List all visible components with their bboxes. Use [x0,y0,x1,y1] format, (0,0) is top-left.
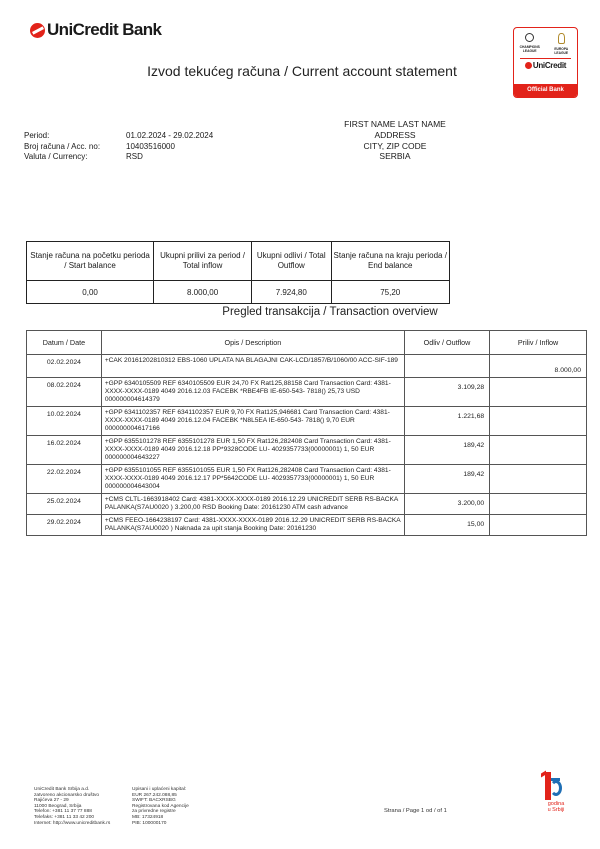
account-row-currency: Valuta / Currency: RSD [24,152,213,163]
transaction-outflow: 3.200,00 [404,494,489,515]
anniversary-text: godina u Srbiji [542,801,570,813]
start-balance-header: Stanje računa na početku perioda / Start… [27,242,154,281]
period-value: 01.02.2024 - 29.02.2024 [126,131,213,142]
end-balance-value: 75,20 [331,281,450,304]
transaction-date: 22.02.2024 [27,465,102,494]
badge-divider [520,58,571,59]
footer-capital-label: Upisani i uplaćeni kapital: [132,787,189,793]
digit-five-icon [550,780,562,796]
transaction-description: +GPP 6355101055 REF 6355101055 EUR 1,50 … [101,465,404,494]
col-outflow: Odliv / Outflow [404,331,489,355]
transaction-inflow [490,494,587,515]
account-row-period: Period: 01.02.2024 - 29.02.2024 [24,131,213,142]
page-number: Strana / Page 1 od / of 1 [384,808,447,814]
total-inflow-header: Ukupni prilivi za period / Total inflow [154,242,252,281]
balance-summary-table: Stanje računa na početku perioda / Start… [26,241,450,304]
transaction-row: 16.02.2024+GPP 6355101278 REF 6355101278… [27,436,587,465]
transaction-outflow: 189,42 [404,465,489,494]
footer-company-info: UniCredit Bank Srbija a.d. zatvoreno akc… [34,787,110,826]
overview-title-wrap: Pregled transakcija / Transaction overvi… [0,306,600,318]
transaction-outflow: 3.109,28 [404,378,489,407]
total-outflow-value: 7.924,80 [252,281,331,304]
recipient-city: CITY, ZIP CODE [320,141,470,152]
col-date: Datum / Date [27,331,102,355]
statement-title-wrap: Izvod tekućeg računa / Current account s… [0,63,600,79]
transaction-outflow: 1.221,68 [404,407,489,436]
total-outflow-header: Ukupni odlivi / Total Outflow [252,242,331,281]
recipient-name: FIRST NAME LAST NAME [320,119,470,130]
transaction-row: 02.02.2024+CAK 20161202810312 EBS-1060 U… [27,355,587,378]
period-label: Period: [24,131,126,142]
transaction-row: 29.02.2024+CMS FEEO-1664238197 Card: 438… [27,515,587,536]
footer-pib: PIB: 100000170 [132,821,189,827]
transaction-description: +GPP 6341102357 REF 6341102357 EUR 9,70 … [101,407,404,436]
transaction-row: 25.02.2024+CMS CLTL-1663918402 Card: 438… [27,494,587,515]
end-balance-header: Stanje računa na kraju perioda / End bal… [331,242,450,281]
transaction-date: 08.02.2024 [27,378,102,407]
europa-league-trophy-icon [558,33,565,44]
account-number-value: 10403516000 [126,142,175,153]
transaction-date: 02.02.2024 [27,355,102,378]
overview-title: Pregled transakcija / Transaction overvi… [222,306,437,318]
transaction-description: +CMS FEEO-1664238197 Card: 4381-XXXX-XXX… [101,515,404,536]
start-balance-value: 0,00 [27,281,154,304]
account-info: Period: 01.02.2024 - 29.02.2024 Broj rač… [24,131,213,163]
transaction-description: +GPP 6340105509 REF 6340105509 EUR 24,70… [101,378,404,407]
transactions-table: Datum / Date Opis / Description Odliv / … [26,330,587,536]
recipient-address: FIRST NAME LAST NAME ADDRESS CITY, ZIP C… [320,119,470,162]
transaction-date: 25.02.2024 [27,494,102,515]
unicredit-mark-icon [30,23,45,38]
footer-registration-info: Upisani i uplaćeni kapital: EUR 267.242.… [132,787,189,826]
transaction-inflow [490,378,587,407]
account-row-number: Broj računa / Acc. no: 10403516000 [24,142,213,153]
transaction-date: 10.02.2024 [27,407,102,436]
col-inflow: Priliv / Inflow [490,331,587,355]
transaction-outflow: 15,00 [404,515,489,536]
transaction-inflow [490,407,587,436]
badge-right-label: EUROPA LEAGUE [547,47,575,55]
badge-footer: Official Bank [514,84,577,97]
transaction-description: +CAK 20161202810312 EBS-1060 UPLATA NA B… [101,355,404,378]
currency-value: RSD [126,152,143,163]
recipient-street: ADDRESS [320,130,470,141]
statement-title: Izvod tekućeg računa / Current account s… [147,63,457,79]
footer-website: Internet: http://www.unicreditbank.rs [34,821,110,827]
champions-league-ball-icon [525,33,534,42]
transaction-outflow: 189,42 [404,436,489,465]
transaction-row: 08.02.2024+GPP 6340105509 REF 6340105509… [27,378,587,407]
transaction-inflow: 8.000,00 [490,355,587,378]
anniversary-logo: godina u Srbiji [542,772,572,832]
brand-name: UniCredit Bank [47,20,161,40]
transaction-inflow [490,436,587,465]
badge-left-label: CHAMPIONS LEAGUE [516,45,544,53]
col-description: Opis / Description [101,331,404,355]
account-number-label: Broj računa / Acc. no: [24,142,126,153]
transactions-body: 02.02.2024+CAK 20161202810312 EBS-1060 U… [27,355,587,536]
transaction-row: 10.02.2024+GPP 6341102357 REF 6341102357… [27,407,587,436]
currency-label: Valuta / Currency: [24,152,126,163]
transaction-date: 29.02.2024 [27,515,102,536]
transaction-inflow [490,515,587,536]
transaction-description: +GPP 6355101278 REF 6355101278 EUR 1,50 … [101,436,404,465]
recipient-country: SERBIA [320,151,470,162]
transaction-outflow [404,355,489,378]
anniversary-line-2: u Srbiji [542,807,570,813]
total-inflow-value: 8.000,00 [154,281,252,304]
unicredit-logo: UniCredit Bank [30,20,161,40]
transaction-date: 16.02.2024 [27,436,102,465]
transaction-description: +CMS CLTL-1663918402 Card: 4381-XXXX-XXX… [101,494,404,515]
transaction-row: 22.02.2024+GPP 6355101055 REF 6355101055… [27,465,587,494]
transaction-inflow [490,465,587,494]
